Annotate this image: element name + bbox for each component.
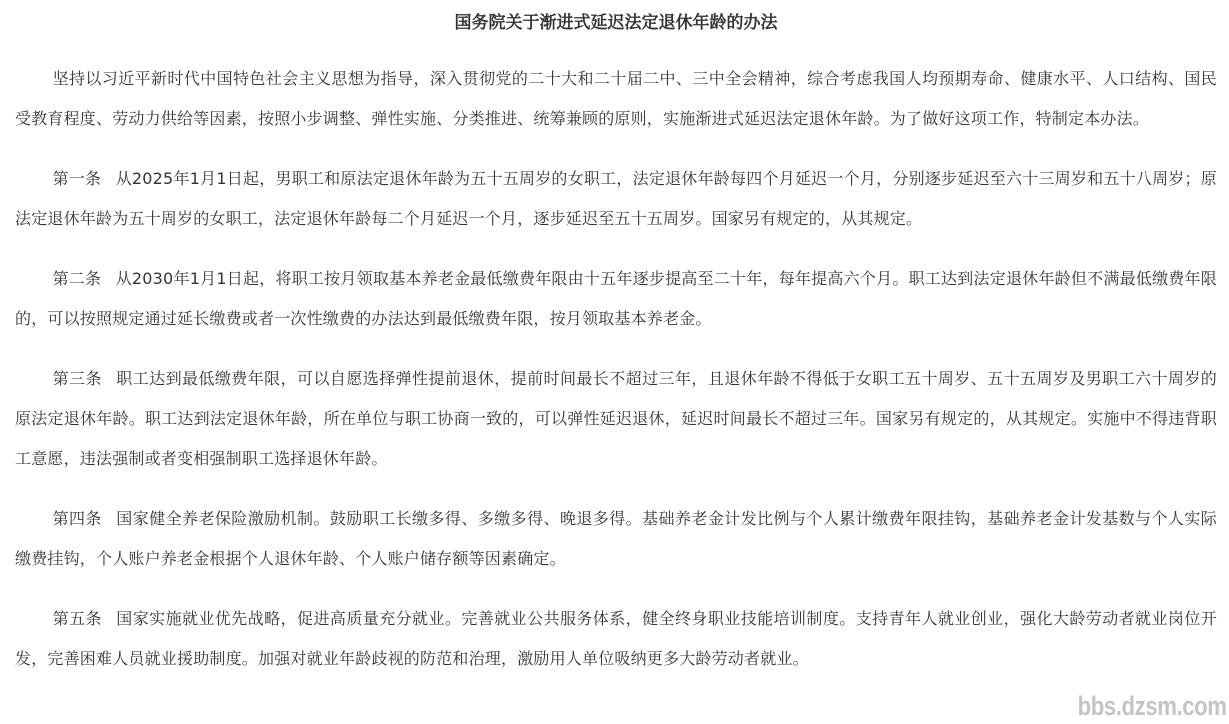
article-text: 从2025年1月1日起，男职工和原法定退休年龄为五十五周岁的女职工，法定退休年龄… [15,169,1217,228]
article-3: 第三条职工达到最低缴费年限，可以自愿选择弹性提前退休，提前时间最长不超过三年，且… [15,359,1217,479]
article-label: 第五条 [53,609,102,628]
article-2: 第二条从2030年1月1日起，将职工按月领取基本养老金最低缴费年限由十五年逐步提… [15,259,1217,339]
intro-paragraph: 坚持以习近平新时代中国特色社会主义思想为指导，深入贯彻党的二十大和二十届二中、三… [15,59,1217,139]
article-text: 国家健全养老保险激励机制。鼓励职工长缴多得、多缴多得、晚退多得。基础养老金计发比… [15,509,1217,568]
article-text: 职工达到最低缴费年限，可以自愿选择弹性提前退休，提前时间最长不超过三年，且退休年… [15,369,1217,468]
article-4: 第四条国家健全养老保险激励机制。鼓励职工长缴多得、多缴多得、晚退多得。基础养老金… [15,499,1217,579]
article-text: 从2030年1月1日起，将职工按月领取基本养老金最低缴费年限由十五年逐步提高至二… [15,269,1217,328]
article-label: 第三条 [53,369,102,388]
article-1: 第一条从2025年1月1日起，男职工和原法定退休年龄为五十五周岁的女职工，法定退… [15,159,1217,239]
article-label: 第二条 [53,269,102,288]
article-5: 第五条国家实施就业优先战略，促进高质量充分就业。完善就业公共服务体系，健全终身职… [15,599,1217,679]
document-title: 国务院关于渐进式延迟法定退休年龄的办法 [15,0,1217,36]
article-label: 第四条 [53,509,102,528]
watermark: bbs.dzsm.com [1078,691,1227,722]
article-label: 第一条 [53,169,102,188]
article-text: 国家实施就业优先战略，促进高质量充分就业。完善就业公共服务体系，健全终身职业技能… [15,609,1217,668]
article: 国务院关于渐进式延迟法定退休年龄的办法 坚持以习近平新时代中国特色社会主义思想为… [15,0,1217,679]
